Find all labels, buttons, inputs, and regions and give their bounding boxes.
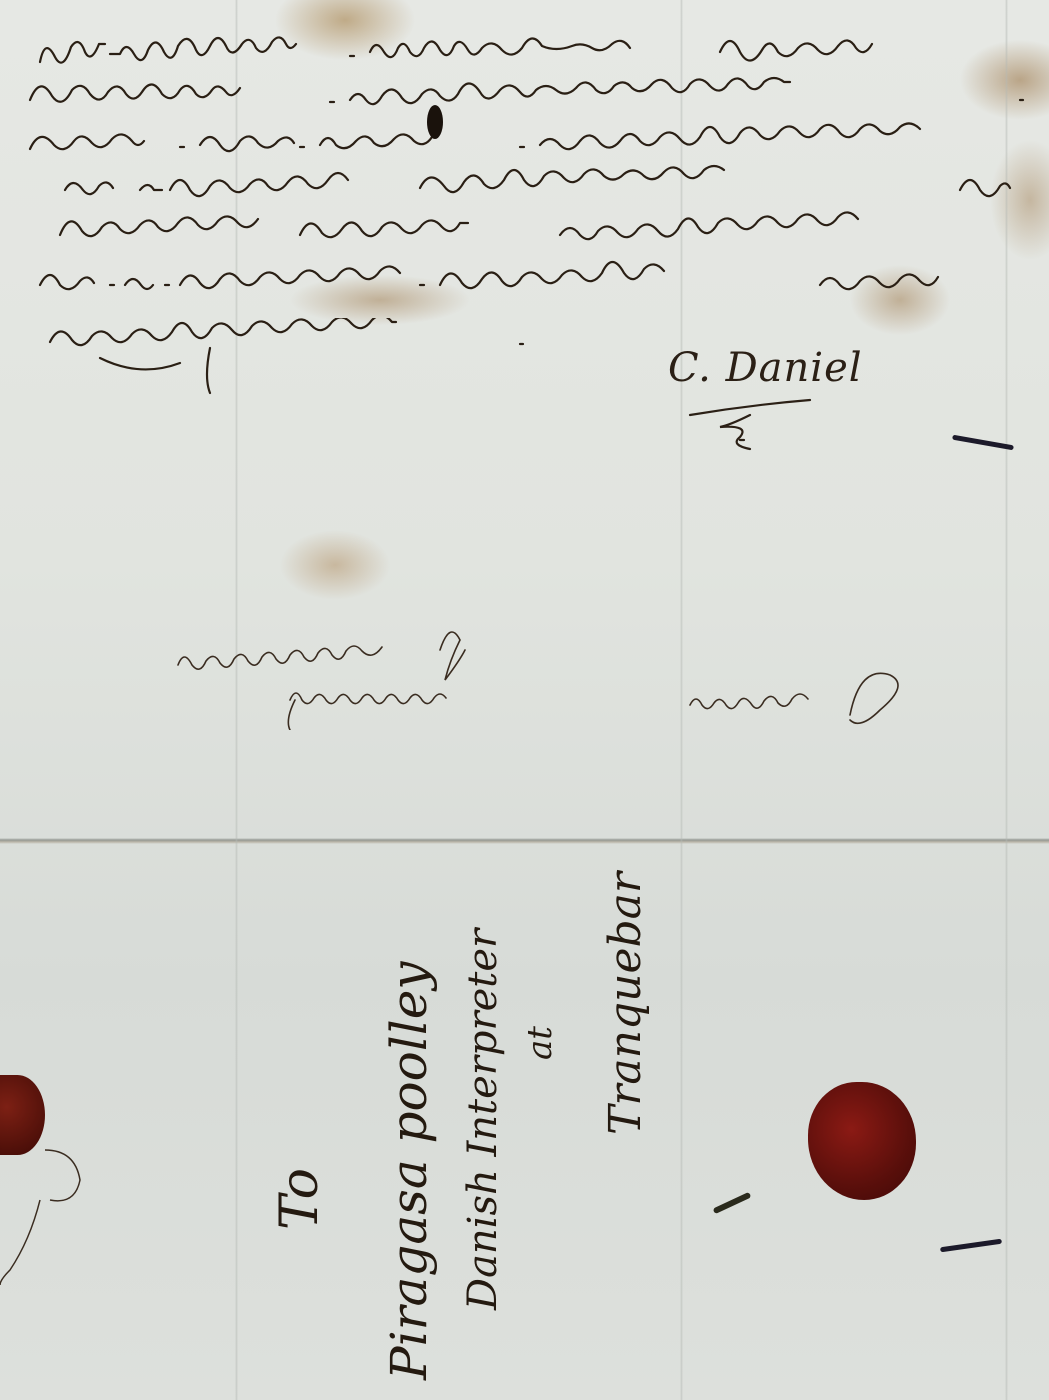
address-at: at [520, 1026, 560, 1060]
ink-smudge-mark [713, 1192, 752, 1214]
torn-paper-edge [0, 1140, 90, 1290]
tamil-body-line-7 [0, 318, 1049, 398]
tamil-body-line-6 [0, 255, 1049, 315]
inverted-tamil-note-2 [680, 655, 930, 735]
ink-blot [427, 105, 443, 139]
address-recipient-title: Danish Interpreter [460, 929, 506, 1310]
signature-flourish [680, 385, 830, 455]
horizontal-fold-crease [0, 838, 1049, 844]
address-place: Tranquebar [600, 872, 651, 1135]
ink-dash-mark [940, 1239, 1002, 1253]
letter-paper: C. Daniel To Piragasa poolley Danish Int… [0, 0, 1049, 1400]
wax-seal [808, 1082, 916, 1200]
address-recipient-name: Piragasa poolley [380, 961, 438, 1380]
inverted-tamil-note-1 [170, 620, 490, 730]
address-to: To [270, 1168, 330, 1230]
